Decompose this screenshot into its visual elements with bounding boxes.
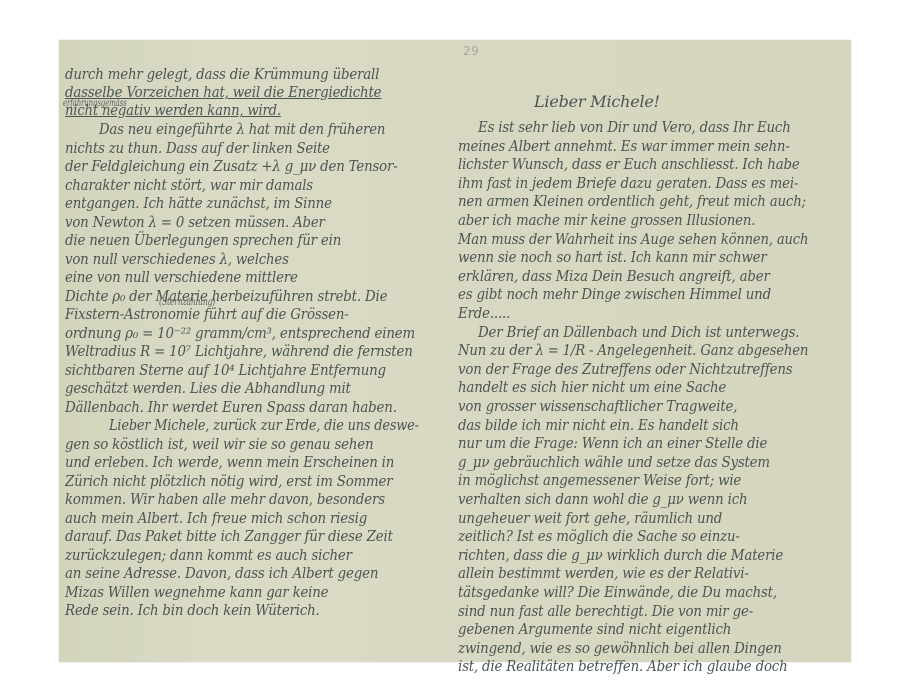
salutation: Lieber Michele! — [534, 92, 660, 111]
handwritten-line: von null verschiedenes λ, welches — [65, 252, 395, 268]
handwritten-line: nichts zu thun. Dass auf der linken Seit… — [65, 141, 375, 157]
handwritten-line: ihm fast in jedem Briefe dazu geraten. D… — [458, 176, 808, 192]
handwritten-line: auch mein Albert. Ich freue mich schon r… — [65, 511, 420, 527]
handwritten-line: kommen. Wir haben alle mehr davon, beson… — [65, 492, 415, 508]
handwritten-line: nicht negativ werden kann, wird. — [65, 103, 365, 119]
handwritten-line: Es ist sehr lieb von Dir und Vero, dass … — [478, 120, 828, 136]
handwritten-line: zurückzulegen; dann kommt es auch sicher — [65, 548, 415, 564]
handwritten-line: eine von null verschiedene mittlere — [65, 270, 405, 286]
handwritten-line: Das neu eingeführte λ hat mit den früher… — [99, 122, 414, 138]
handwritten-line: ist, die Realitäten betreffen. Aber ich … — [458, 659, 808, 675]
handwritten-line: an seine Adresse. Davon, dass ich Albert… — [65, 566, 420, 582]
handwritten-line: Mizas Willen wegnehme kann gar keine — [65, 585, 410, 601]
handwritten-line: ungeheuer weit fort gehe, räumlich und — [458, 511, 808, 527]
handwritten-line: aber ich mache mir keine grossen Illusio… — [458, 213, 808, 229]
handwritten-line: nur um die Frage: Wenn ich an einer Stel… — [458, 436, 808, 452]
handwritten-line: Zürich nicht plötzlich nötig wird, erst … — [65, 474, 415, 490]
handwritten-line: erklären, dass Miza Dein Besuch angreift… — [458, 269, 808, 285]
handwritten-line: durch mehr gelegt, dass die Krümmung übe… — [65, 67, 415, 83]
handwritten-line: Erde..... — [458, 306, 808, 322]
handwritten-line: von der Frage des Zutreffens oder Nichtz… — [458, 362, 808, 378]
handwritten-line: gebenen Argumente sind nicht eigentlich — [458, 622, 808, 638]
handwritten-line: lichster Wunsch, dass er Euch anschliess… — [458, 157, 808, 173]
handwritten-line: der Feldgleichung ein Zusatz +λ g_μν den… — [65, 159, 415, 175]
handwritten-line: zeitlich? Ist es möglich die Sache so ei… — [458, 529, 808, 545]
handwritten-line: darauf. Das Paket bitte ich Zangger für … — [65, 529, 420, 545]
handwritten-line: und erleben. Ich werde, wenn mein Ersche… — [65, 455, 410, 471]
right-page: Lieber Michele! Es ist sehr lieb von Dir… — [454, 40, 851, 662]
handwritten-line: Fixstern-Astronomie führt auf die Grösse… — [65, 307, 415, 323]
handwritten-line: es gibt noch mehr Dinge zwischen Himmel … — [458, 287, 808, 303]
handwritten-line: allein bestimmt werden, wie es der Relat… — [458, 566, 808, 582]
handwritten-line: Rede sein. Ich bin doch kein Wüterich. — [65, 603, 405, 619]
handwritten-line: entgangen. Ich hätte zunächst, im Sinne — [65, 196, 410, 212]
handwritten-line: von Newton λ = 0 setzen müssen. Aber — [65, 215, 405, 231]
handwritten-line: g_μν gebräuchlich wähle und setze das Sy… — [458, 455, 808, 471]
handwritten-line: das bilde ich mir nicht ein. Es handelt … — [458, 418, 808, 434]
handwritten-line: meines Albert annehmt. Es war immer mein… — [458, 139, 808, 155]
handwritten-line: Lieber Michele, zurück zur Erde, die uns… — [109, 418, 412, 434]
handwritten-line: nen armen Kleinen ordentlich geht, freut… — [458, 194, 808, 210]
handwritten-line: richten, dass die g_μν wirklich durch di… — [458, 548, 808, 564]
handwritten-line: in möglichst angemessener Weise fort; wi… — [458, 473, 808, 489]
letter-sheet: 29 durch mehr gelegt, dass die Krümmung … — [59, 40, 851, 662]
handwritten-line: gen so köstlich ist, weil wir sie so gen… — [65, 437, 415, 453]
handwritten-line: Man muss der Wahrheit ins Auge sehen kön… — [458, 232, 803, 248]
handwritten-line: zwingend, wie es so gewöhnlich bei allen… — [458, 641, 808, 657]
handwritten-line: ordnung ρ₀ = 10⁻²² gramm/cm³, entspreche… — [65, 326, 420, 342]
handwritten-line: die neuen Überlegungen sprechen für ein — [65, 233, 410, 249]
handwritten-line: von grosser wissenschaftlicher Tragweite… — [458, 399, 808, 415]
handwritten-line: charakter nicht stört, war mir damals — [65, 178, 405, 194]
handwritten-line: Der Brief an Dällenbach und Dich ist unt… — [478, 325, 828, 341]
handwritten-line: handelt es sich hier nicht um eine Sache — [458, 380, 808, 396]
left-page: durch mehr gelegt, dass die Krümmung übe… — [59, 40, 452, 662]
handwritten-line: Dällenbach. Ihr werdet Euren Spass daran… — [65, 400, 425, 416]
handwritten-line: verhalten sich dann wohl die g_μν wenn i… — [458, 492, 808, 508]
handwritten-line: tätsgedanke will? Die Einwände, die Du m… — [458, 585, 808, 601]
handwritten-line: sind nun fast alle berechtigt. Die von m… — [458, 604, 808, 620]
handwritten-line: sichtbaren Sterne auf 10⁴ Lichtjahre Ent… — [65, 363, 420, 379]
handwritten-line: Nun zu der λ = 1/R - Angelegenheit. Ganz… — [458, 343, 805, 359]
handwritten-line: Weltradius R = 10⁷ Lichtjahre, während d… — [65, 344, 420, 360]
handwritten-line: geschätzt werden. Lies die Abhandlung mi… — [65, 381, 400, 397]
handwritten-line: wenn sie noch so hart ist. Ich kann mir … — [458, 250, 808, 266]
